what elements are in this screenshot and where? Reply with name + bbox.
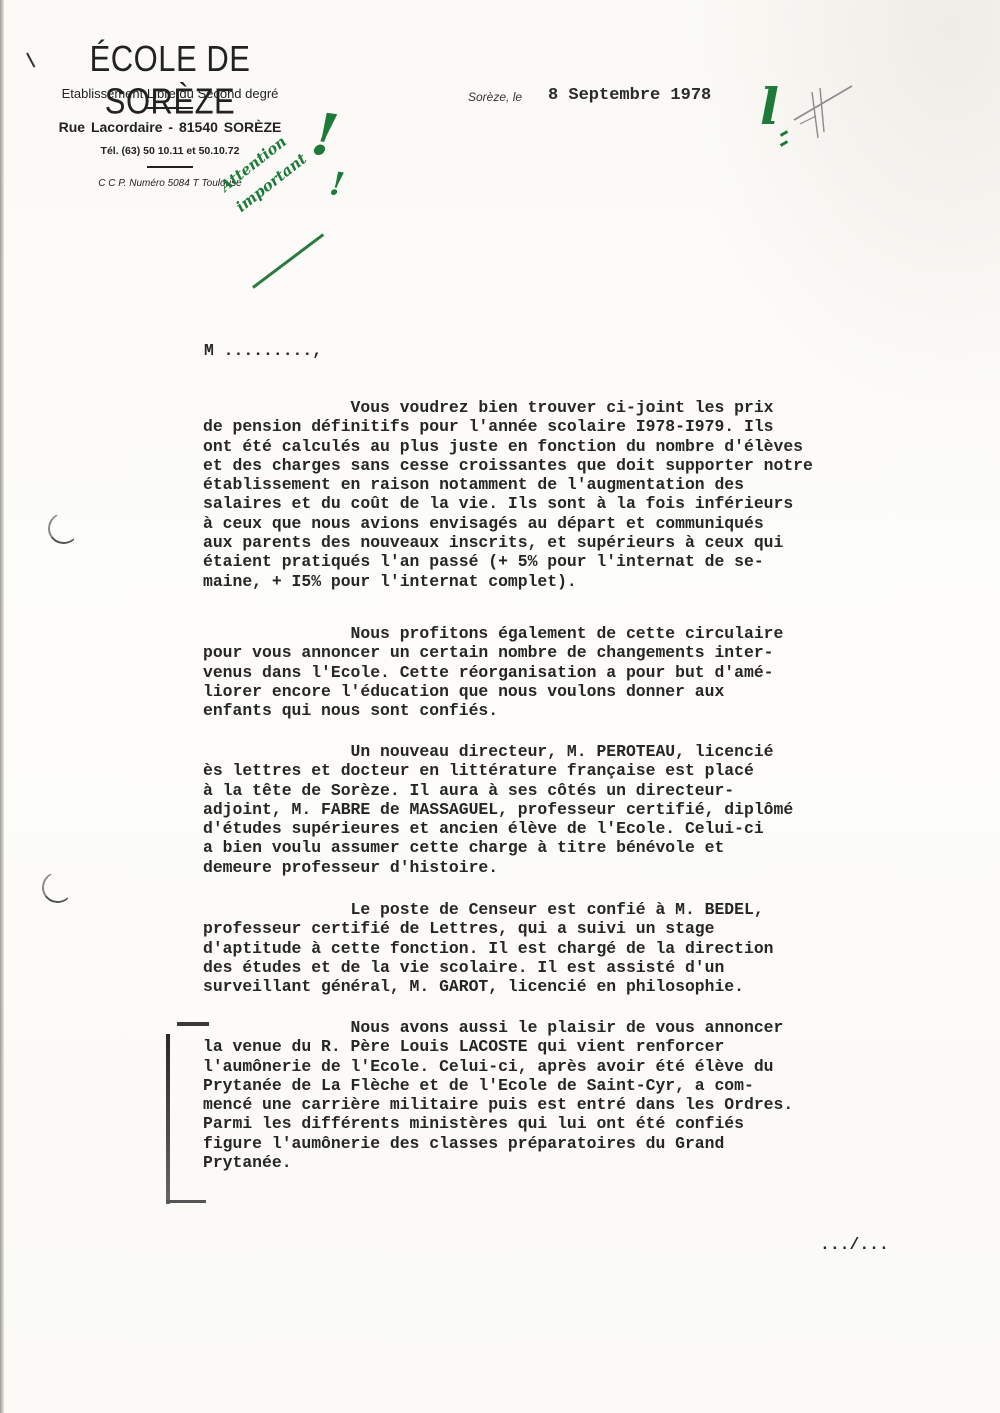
margin-bracket bbox=[166, 1034, 170, 1204]
paragraph-line: Vous voudrez bien trouver ci-joint les p… bbox=[203, 398, 813, 417]
paragraph-line: aux parents des nouveaux inscrits, et su… bbox=[203, 533, 813, 552]
handwritten-margin-note: Attention important bbox=[214, 126, 313, 219]
paragraph-line: établissement en raison notamment de l'a… bbox=[203, 475, 813, 494]
paragraph-line: ès lettres et docteur en littérature fra… bbox=[203, 761, 793, 780]
paper-edge-shadow bbox=[0, 0, 4, 1413]
school-subtitle: Etablissement Libre du Second degré bbox=[30, 86, 310, 101]
handwritten-exclamation: ! bbox=[308, 105, 341, 166]
paragraph-line: Prytanée de La Flèche et de l'Ecole de S… bbox=[203, 1076, 793, 1095]
paragraph-pricing: Vous voudrez bien trouver ci-joint les p… bbox=[203, 398, 813, 591]
paragraph-line: enfants qui nous sont confiés. bbox=[203, 701, 783, 720]
paragraph-line: demeure professeur d'histoire. bbox=[203, 858, 793, 877]
paragraph-line: maine, + I5% pour l'internat complet). bbox=[203, 572, 813, 591]
handwritten-equals-mark bbox=[780, 130, 788, 150]
handwritten-exclamation: ! bbox=[328, 167, 346, 201]
paragraph-line: étaient pratiqués l'an passé (+ 5% pour … bbox=[203, 552, 813, 571]
paragraph-new-director: Un nouveau directeur, M. PEROTEAU, licen… bbox=[203, 742, 793, 877]
paragraph-line: professeur certifié de Lettres, qui a su… bbox=[203, 919, 774, 938]
punch-hole bbox=[40, 870, 76, 906]
school-address: Rue Lacordaire - 81540 SORÈZE bbox=[30, 119, 310, 135]
paragraph-censeur: Le poste de Censeur est confié à M. BEDE… bbox=[203, 900, 774, 996]
paragraph-line: pour vous annoncer un certain nombre de … bbox=[203, 643, 783, 662]
margin-bracket-bottom bbox=[166, 1200, 206, 1203]
paragraph-line: la venue du R. Père Louis LACOSTE qui vi… bbox=[203, 1037, 793, 1056]
letter-page: ÉCOLE DE SORÈZE Etablissement Libre du S… bbox=[0, 0, 1000, 1413]
paragraph-line: d'études supérieures et ancien élève de … bbox=[203, 819, 793, 838]
punch-hole bbox=[46, 511, 82, 547]
paragraph-line: a bien voulu assumer cette charge à titr… bbox=[203, 838, 793, 857]
paragraph-line: d'aptitude à cette fonction. Il est char… bbox=[203, 939, 774, 958]
paragraph-line: Nous avons aussi le plaisir de vous anno… bbox=[203, 1018, 793, 1037]
salutation: M ........., bbox=[204, 341, 322, 360]
continuation-mark: .../... bbox=[820, 1235, 889, 1254]
pencil-signature-mark bbox=[790, 80, 860, 150]
paragraph-chaplain: Nous avons aussi le plaisir de vous anno… bbox=[203, 1018, 793, 1172]
paragraph-line: l'aumônerie de l'Ecole. Celui-ci, après … bbox=[203, 1057, 793, 1076]
paragraph-line: ont été calculés au plus juste en foncti… bbox=[203, 437, 813, 456]
date-place: Sorèze, le bbox=[468, 90, 522, 104]
paragraph-line: Nous profitons également de cette circul… bbox=[203, 624, 783, 643]
paragraph-line: salaires et du coût de la vie. Ils sont … bbox=[203, 494, 813, 513]
paragraph-line: adjoint, M. FABRE de MASSAGUEL, professe… bbox=[203, 800, 793, 819]
margin-bracket-top bbox=[177, 1022, 209, 1026]
letterhead-divider bbox=[147, 107, 193, 109]
letter-date: 8 Septembre 1978 bbox=[548, 86, 711, 105]
letterhead-divider bbox=[147, 166, 193, 168]
paragraph-line: Le poste de Censeur est confié à M. BEDE… bbox=[203, 900, 774, 919]
paragraph-line: Prytanée. bbox=[203, 1153, 793, 1172]
paragraph-line: à ceux que nous avions envisagés au dépa… bbox=[203, 514, 813, 533]
paragraph-changes: Nous profitons également de cette circul… bbox=[203, 624, 783, 720]
paragraph-line: Parmi les différents ministères qui lui … bbox=[203, 1114, 793, 1133]
paragraph-line: de pension définitifs pour l'année scola… bbox=[203, 417, 813, 436]
handwritten-underline bbox=[252, 233, 324, 288]
paragraph-line: mencé une carrière militaire puis est en… bbox=[203, 1095, 793, 1114]
paragraph-line: liorer encore l'éducation que nous voulo… bbox=[203, 682, 783, 701]
paragraph-line: à la tête de Sorèze. Il aura à ses côtés… bbox=[203, 781, 793, 800]
handwritten-initials: l bbox=[760, 82, 779, 132]
paragraph-line: et des charges sans cesse croissantes qu… bbox=[203, 456, 813, 475]
paragraph-line: venus dans l'Ecole. Cette réorganisation… bbox=[203, 663, 783, 682]
paragraph-line: des études et de la vie scolaire. Il est… bbox=[203, 958, 774, 977]
paragraph-line: figure l'aumônerie des classes préparato… bbox=[203, 1134, 793, 1153]
paragraph-line: Un nouveau directeur, M. PEROTEAU, licen… bbox=[203, 742, 793, 761]
paragraph-line: surveillant général, M. GAROT, licencié … bbox=[203, 977, 774, 996]
school-name: ÉCOLE DE SORÈZE bbox=[30, 38, 310, 123]
